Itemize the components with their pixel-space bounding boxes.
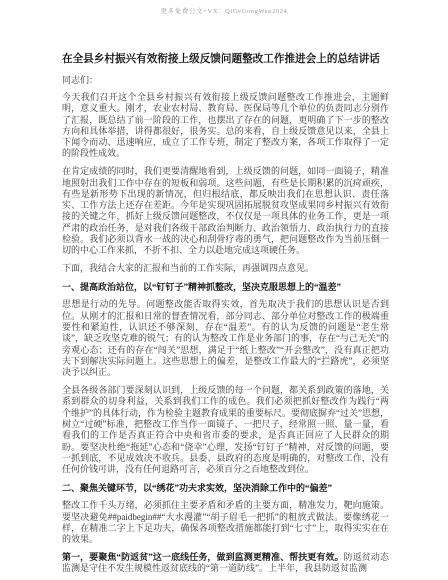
document-content: 在全县乡村振兴有效衔接上级反馈问题整改工作推进会上的总结讲话 同志们： 今天我们…	[62, 53, 389, 580]
document-title: 在全县乡村振兴有效衔接上级反馈问题整改工作推进会上的总结讲话	[62, 53, 389, 66]
section2-point-1: 第一，要聚焦“防返贫”这一底线任务，做到监测更精准、帮扶更有效。防返贫动态监测是…	[62, 552, 389, 575]
section1-paragraph-1: 思想是行动的先导。问题整改能否取得实效，首先取决于我们的思想认识是否到位。从刚才…	[62, 299, 389, 378]
section-heading-2: 二、聚焦关键环节，以“绣花”功夫求实效，坚决消除工作中的“偏差”	[62, 482, 389, 494]
document-page: 更多免费公文+VX：QiGeGongWen2024 在全县乡村振兴有效衔接上级反…	[0, 0, 448, 580]
paragraph-transition: 下面，我结合大家的汇报和当前的工作实际，再强调四点意见。	[62, 263, 389, 274]
paragraph-intro-2: 在肯定成绩的同时，我们更要清醒地看到，上级反馈的问题，如同一面镜子，精准地照射出…	[62, 166, 389, 256]
watermark-header: 更多免费公文+VX：QiGeGongWen2024	[0, 6, 448, 15]
section2-paragraph-1: 整改工作千头万绪，必须抓住主要矛盾和矛盾的主要方面，精准发力，靶向施策。要坚决避…	[62, 500, 389, 545]
section1-paragraph-2: 全县各级各部门要深刻认识到，上级反馈的每一个问题，都关系到政策的落地，关系到群众…	[62, 385, 389, 475]
paragraph-intro-1: 今天我们召开这个全县乡村振兴有效衔接上级反馈问题整改工作推进会，主题鲜明，意义重…	[62, 92, 389, 160]
section-heading-1: 一、提高政治站位，以“钉钉子”精神抓整改，坚决克服思想上的“温差”	[62, 281, 389, 293]
salutation: 同志们：	[62, 74, 389, 86]
section2-point-1-lead: 第一，要聚焦“防返贫”这一底线任务，做到监测更精准、帮扶更有效。	[62, 552, 344, 562]
